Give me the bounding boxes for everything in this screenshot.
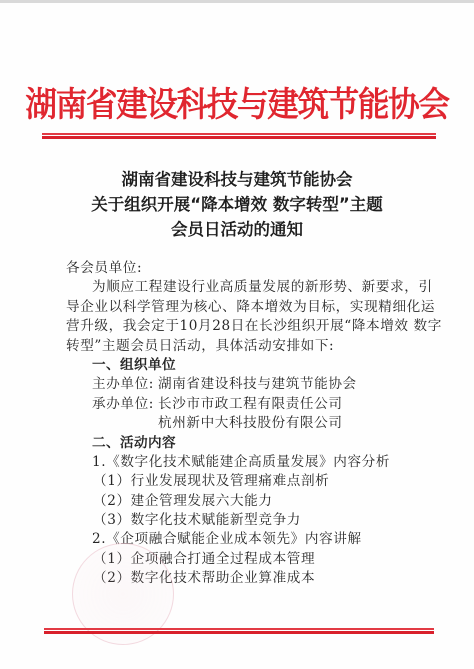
organizer-label: 承办单位: bbox=[92, 395, 158, 414]
letterhead-title: 湖南省建设科技与建筑节能协会 bbox=[17, 83, 458, 127]
document-title: 湖南省建设科技与建筑节能协会 关于组织开展“降本增效 数字转型”主题 会员日活动… bbox=[0, 167, 474, 242]
section-heading-activities: 二、活动内容 bbox=[66, 434, 396, 453]
document-body: 各会员单位: 为顺应工程建设行业高质量发展的新形势、新要求，引 导企业以科学管理… bbox=[66, 259, 396, 589]
host-label: 主办单位: bbox=[92, 375, 158, 394]
title-line-3: 会员日活动的通知 bbox=[0, 217, 474, 242]
intro-line: 导企业以科学管理为核心、降本增效为目标，实现精细化运 bbox=[66, 298, 396, 317]
activity-item-title: 1.《数字化技术赋能建企高质量发展》内容分析 bbox=[66, 453, 396, 472]
intro-line: 为顺应工程建设行业高质量发展的新形势、新要求，引 bbox=[66, 278, 396, 297]
intro-line: 转型”主题会员日活动，具体活动安排如下: bbox=[66, 337, 396, 356]
title-line-2: 关于组织开展“降本增效 数字转型”主题 bbox=[0, 192, 474, 217]
activity-subitem: （3）数字化技术赋能新型竞争力 bbox=[66, 511, 396, 530]
salutation: 各会员单位: bbox=[66, 259, 396, 278]
letterhead-red-rule bbox=[42, 133, 436, 139]
title-line-1: 湖南省建设科技与建筑节能协会 bbox=[0, 167, 474, 192]
organizer-value: 杭州新中大科技股份有限公司 bbox=[66, 414, 396, 433]
activity-subitem: （1）行业发展现状及管理痛难点剖析 bbox=[66, 472, 396, 491]
intro-line: 营升级，我会定于10月28日在长沙组织开展“降本增效 数字 bbox=[66, 317, 396, 336]
activity-subitem: （2）建企管理发展六大能力 bbox=[66, 492, 396, 511]
document-page: 湖南省建设科技与建筑节能协会 湖南省建设科技与建筑节能协会 关于组织开展“降本增… bbox=[0, 3, 474, 669]
organizer-row: 承办单位: 长沙市市政工程有限责任公司 bbox=[66, 395, 396, 414]
footer-red-rule bbox=[44, 628, 434, 634]
organizer-value: 长沙市市政工程有限责任公司 bbox=[158, 395, 343, 414]
host-value: 湖南省建设科技与建筑节能协会 bbox=[158, 375, 357, 394]
section-heading-organizers: 一、组织单位 bbox=[66, 356, 396, 375]
host-row: 主办单位: 湖南省建设科技与建筑节能协会 bbox=[66, 375, 396, 394]
